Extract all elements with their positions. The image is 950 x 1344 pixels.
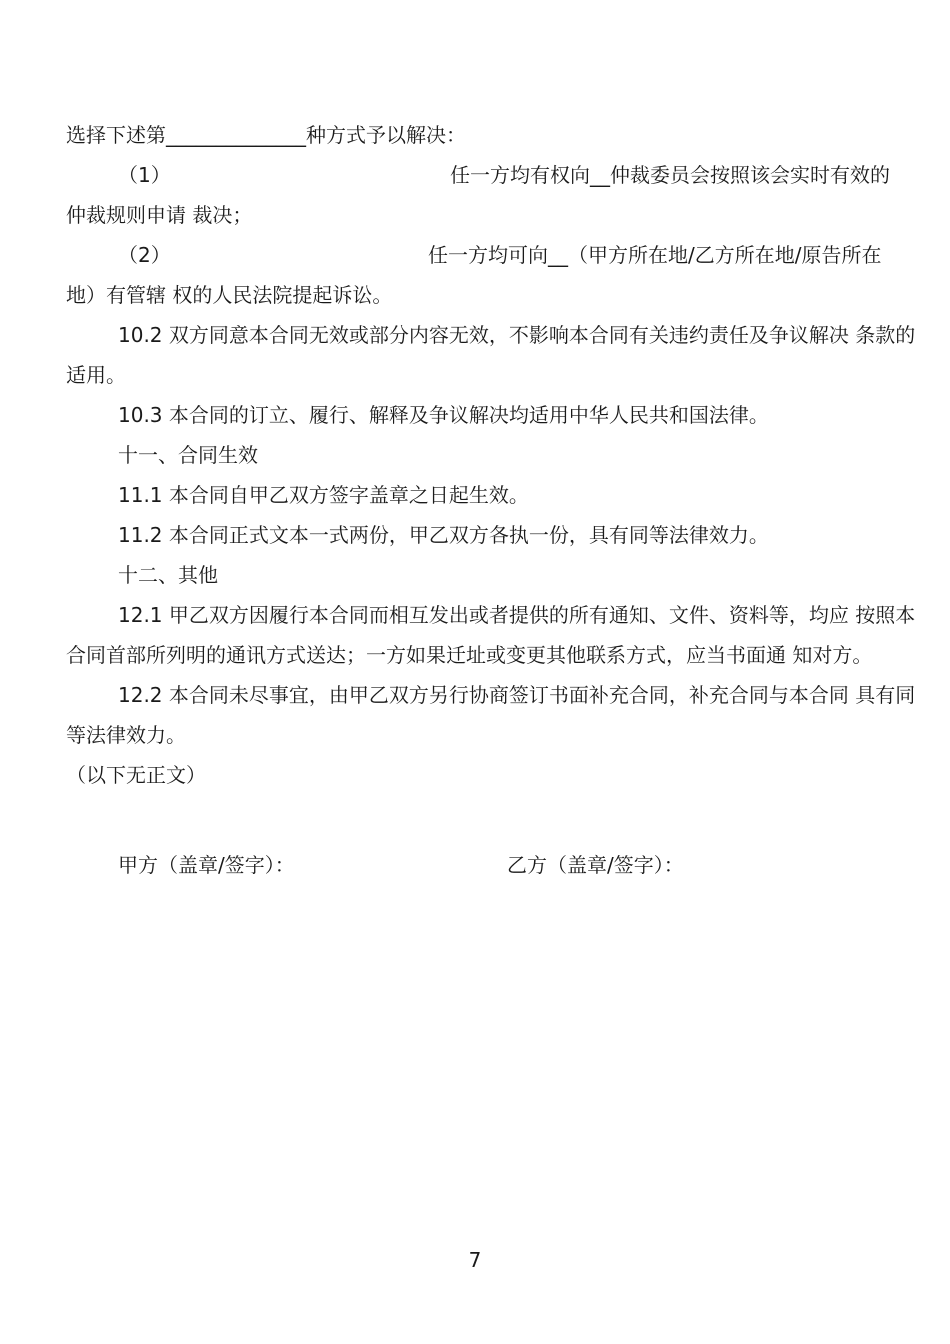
signature-line: 甲方（盖章/签字）： 乙方（盖章/签字）： xyxy=(66,845,886,885)
option-1-marker: （1） xyxy=(118,163,171,187)
option-2-continuation: 地）有管辖 权的人民法院提起诉讼。 xyxy=(66,283,392,307)
clause-12-2-continuation-line: 等法律效力。 xyxy=(66,715,886,755)
option-1-text: 任一方均有权向__仲裁委员会按照该会实时有效的 xyxy=(450,155,890,195)
option-2-text: 任一方均可向__（甲方所在地/乙方所在地/原告所在 xyxy=(428,235,881,275)
clause-12-1-continuation: 合同首部所列明的通讯方式送达；一方如果迁址或变更其他联系方式，应当书面通 知对方… xyxy=(66,643,872,667)
heading-11-text: 十一、合同生效 xyxy=(118,443,258,467)
clause-11-1-text: 11.1 本合同自甲乙双方签字盖章之日起生效。 xyxy=(118,483,529,507)
dispute-intro-pre: 选择下述第 xyxy=(66,123,166,147)
fill-in-blank-court: __ xyxy=(548,243,568,267)
option-2-line: （2） 任一方均可向__（甲方所在地/乙方所在地/原告所在 xyxy=(66,235,886,275)
clause-10-2-continuation-line: 适用。 xyxy=(66,355,886,395)
page-number: 7 xyxy=(0,1240,950,1280)
option-1-line: （1） 任一方均有权向__仲裁委员会按照该会实时有效的 xyxy=(66,155,886,195)
clause-12-1-line: 12.1 甲乙双方因履行本合同而相互发出或者提供的所有通知、文件、资料等，均应 … xyxy=(66,595,886,635)
clause-12-2-continuation: 等法律效力。 xyxy=(66,723,186,747)
option-2-pre: 任一方均可向 xyxy=(428,243,548,267)
clause-12-2-text: 12.2 本合同未尽事宜，由甲乙双方另行协商签订书面补充合同，补充合同与本合同 … xyxy=(118,683,915,707)
signature-gap xyxy=(66,795,886,845)
option-1-pre: 任一方均有权向 xyxy=(450,163,590,187)
option-1-continuation-line: 仲裁规则申请 裁决； xyxy=(66,195,886,235)
clause-10-2-line: 10.2 双方同意本合同无效或部分内容无效，不影响本合同有关违约责任及争议解决 … xyxy=(66,315,886,355)
heading-11-line: 十一、合同生效 xyxy=(66,435,886,475)
clause-10-2-continuation: 适用。 xyxy=(66,363,126,387)
dispute-intro-post: 种方式予以解决： xyxy=(306,123,466,147)
end-note-text: （以下无正文） xyxy=(66,763,206,787)
clause-12-2-line: 12.2 本合同未尽事宜，由甲乙双方另行协商签订书面补充合同，补充合同与本合同 … xyxy=(66,675,886,715)
party-b-signature-label: 乙方（盖章/签字）： xyxy=(507,845,684,885)
clause-11-1-line: 11.1 本合同自甲乙双方签字盖章之日起生效。 xyxy=(66,475,886,515)
heading-12-line: 十二、其他 xyxy=(66,555,886,595)
clause-12-1-text: 12.1 甲乙双方因履行本合同而相互发出或者提供的所有通知、文件、资料等，均应 … xyxy=(118,603,915,627)
party-a-signature-label: 甲方（盖章/签字）： xyxy=(118,853,295,877)
option-2-continuation-line: 地）有管辖 权的人民法院提起诉讼。 xyxy=(66,275,886,315)
clause-10-2-text: 10.2 双方同意本合同无效或部分内容无效，不影响本合同有关违约责任及争议解决 … xyxy=(118,323,915,347)
document-body: 选择下述第______________种方式予以解决： （1） 任一方均有权向_… xyxy=(66,115,886,885)
option-2-marker: （2） xyxy=(118,243,171,267)
clause-11-2-text: 11.2 本合同正式文本一式两份，甲乙双方各执一份，具有同等法律效力。 xyxy=(118,523,769,547)
clause-11-2-line: 11.2 本合同正式文本一式两份，甲乙双方各执一份，具有同等法律效力。 xyxy=(66,515,886,555)
dispute-intro-line: 选择下述第______________种方式予以解决： xyxy=(66,115,886,155)
end-note-line: （以下无正文） xyxy=(66,755,886,795)
option-1-post: 仲裁委员会按照该会实时有效的 xyxy=(610,163,890,187)
fill-in-blank-arbitration: __ xyxy=(590,163,610,187)
option-1-continuation: 仲裁规则申请 裁决； xyxy=(66,203,252,227)
clause-12-1-continuation-line: 合同首部所列明的通讯方式送达；一方如果迁址或变更其他联系方式，应当书面通 知对方… xyxy=(66,635,886,675)
fill-in-blank-method-number: ______________ xyxy=(166,123,306,147)
clause-10-3-line: 10.3 本合同的订立、履行、解释及争议解决均适用中华人民共和国法律。 xyxy=(66,395,886,435)
option-2-post: （甲方所在地/乙方所在地/原告所在 xyxy=(568,243,881,267)
clause-10-3-text: 10.3 本合同的订立、履行、解释及争议解决均适用中华人民共和国法律。 xyxy=(118,403,769,427)
document-page: 选择下述第______________种方式予以解决： （1） 任一方均有权向_… xyxy=(0,0,950,1344)
heading-12-text: 十二、其他 xyxy=(118,563,218,587)
